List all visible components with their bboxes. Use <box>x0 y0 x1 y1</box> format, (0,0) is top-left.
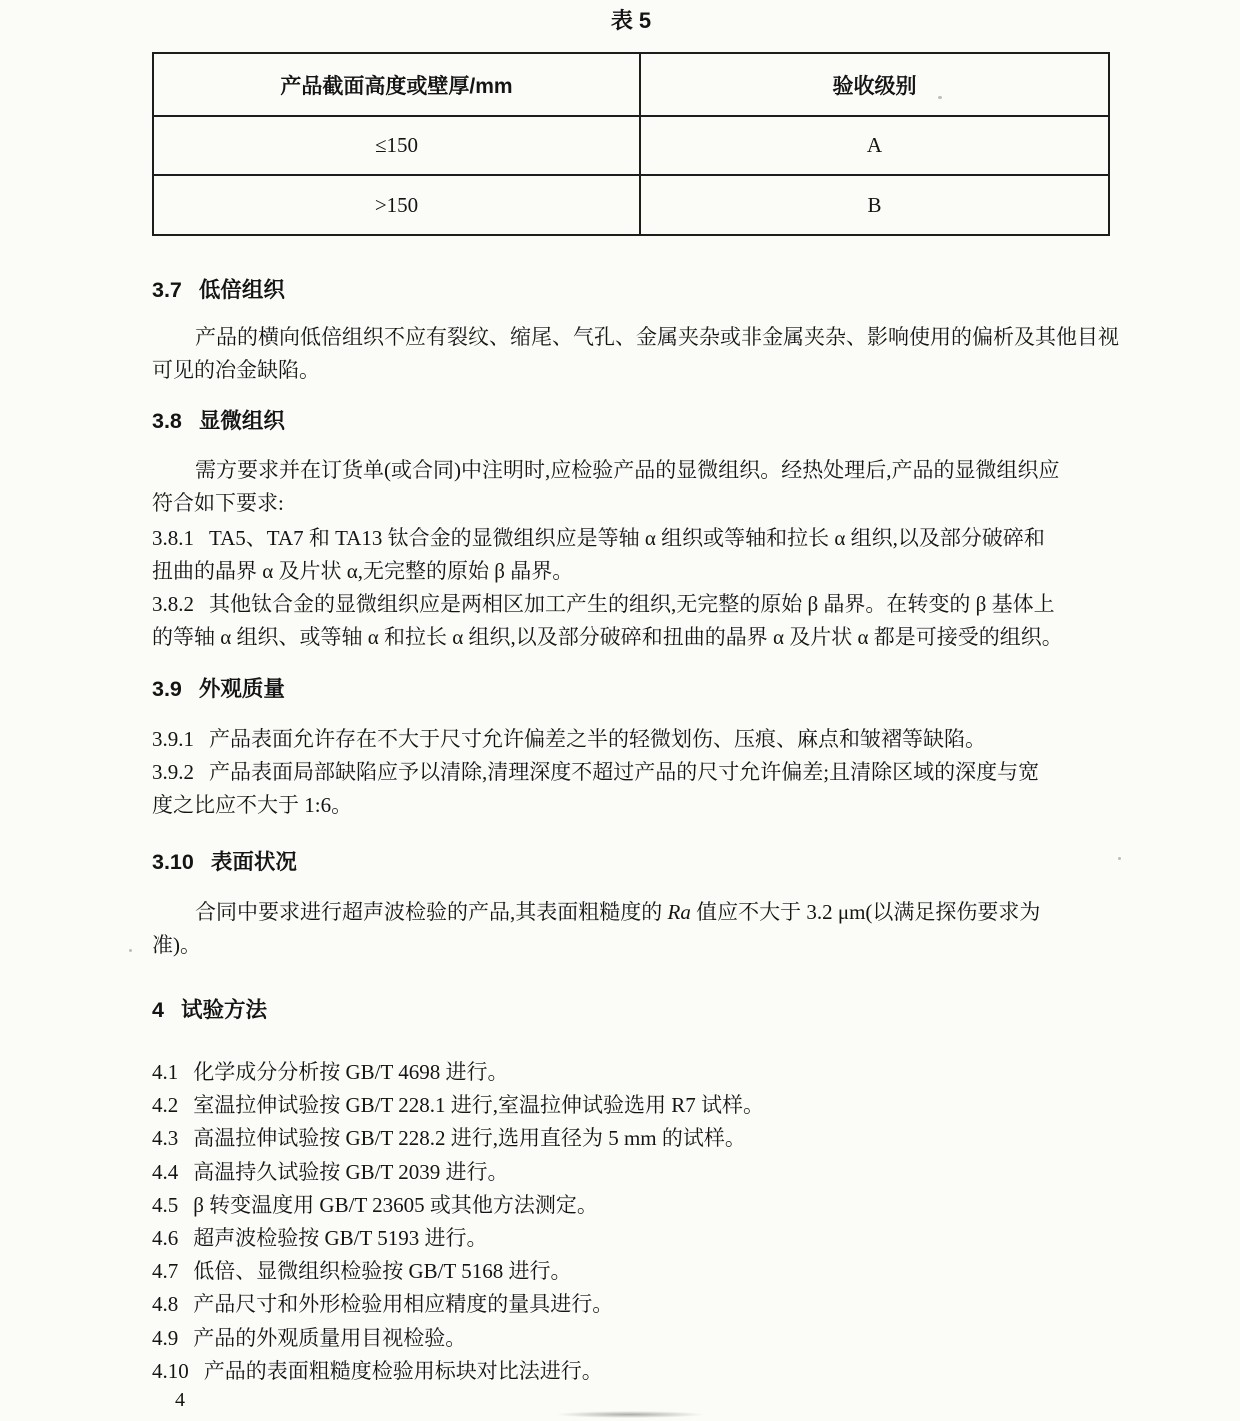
paragraph-3-9-1: 3.9.1产品表面允许存在不大于尺寸允许偏差之半的轻微划伤、压痕、麻点和皱褶等缺… <box>152 723 1122 756</box>
clause-number: 4.3 <box>152 1126 178 1150</box>
clause-number: 3.9.1 <box>152 727 194 751</box>
table-cell-height-1: ≤150 <box>153 116 640 175</box>
clause-number: 4.2 <box>152 1093 178 1117</box>
document-page: 表 5 产品截面高度或壁厚/mm 验收级别 ≤150 A >150 B 3.7低… <box>0 0 1240 1421</box>
paragraph-3-7: 产品的横向低倍组织不应有裂纹、缩尾、气孔、金属夹杂或非金属夹杂、影响使用的偏析及… <box>152 321 1122 387</box>
section-number: 4 <box>152 998 164 1022</box>
section-number: 3.10 <box>152 850 194 874</box>
paragraph-line: 符合如下要求: <box>152 487 1122 520</box>
section-heading-3-7: 3.7低倍组织 <box>152 274 1122 307</box>
clause-number: 3.8.1 <box>152 526 194 550</box>
section-title: 低倍组织 <box>199 278 285 302</box>
clause-number: 4.4 <box>152 1160 178 1184</box>
paragraph-line: 可见的冶金缺陷。 <box>152 354 1122 387</box>
paragraph-line: 3.8.1TA5、TA7 和 TA13 钛合金的显微组织应是等轴 α 组织或等轴… <box>152 522 1122 555</box>
table-cell-height-2: >150 <box>153 175 640 235</box>
list-item: 4.1化学成分分析按 GB/T 4698 进行。 <box>152 1056 1122 1089</box>
scan-artifact <box>1118 857 1121 860</box>
section-number: 3.8 <box>152 409 182 433</box>
table-cell-grade-2: B <box>640 175 1109 235</box>
table-row: ≤150 A <box>153 116 1109 175</box>
section-title: 显微组织 <box>199 409 285 433</box>
table-cell-grade-1: A <box>640 116 1109 175</box>
list-item: 4.5β 转变温度用 GB/T 23605 或其他方法测定。 <box>152 1189 1122 1222</box>
paragraph-line: 度之比应不大于 1:6。 <box>152 789 1122 822</box>
table-row: >150 B <box>153 175 1109 235</box>
clause-number: 4.1 <box>152 1060 178 1084</box>
list-item: 4.3高温拉伸试验按 GB/T 228.2 进行,选用直径为 5 mm 的试样。 <box>152 1122 1122 1155</box>
clause-number: 4.8 <box>152 1292 178 1316</box>
paragraph-line: 扭曲的晶界 α 及片状 α,无完整的原始 β 晶界。 <box>152 555 1122 588</box>
clause-number: 4.10 <box>152 1359 189 1383</box>
scan-artifact <box>129 949 132 952</box>
test-method-list: 4.1化学成分分析按 GB/T 4698 进行。 4.2室温拉伸试验按 GB/T… <box>152 1056 1122 1388</box>
table-header-row: 产品截面高度或壁厚/mm 验收级别 <box>153 53 1109 116</box>
section-title: 表面状况 <box>211 850 297 874</box>
paragraph-3-9-2: 3.9.2产品表面局部缺陷应予以清除,清理深度不超过产品的尺寸允许偏差;且清除区… <box>152 756 1122 822</box>
paragraph-line: 3.9.2产品表面局部缺陷应予以清除,清理深度不超过产品的尺寸允许偏差;且清除区… <box>152 756 1122 789</box>
table-header-section-height: 产品截面高度或壁厚/mm <box>153 53 640 116</box>
list-item: 4.7低倍、显微组织检验按 GB/T 5168 进行。 <box>152 1255 1122 1288</box>
page-number: 4 <box>175 1384 185 1417</box>
acceptance-grade-table: 产品截面高度或壁厚/mm 验收级别 ≤150 A >150 B <box>152 52 1110 236</box>
list-item: 4.2室温拉伸试验按 GB/T 228.1 进行,室温拉伸试验选用 R7 试样。 <box>152 1089 1122 1122</box>
clause-number: 3.8.2 <box>152 592 194 616</box>
paragraph-line: 3.9.1产品表面允许存在不大于尺寸允许偏差之半的轻微划伤、压痕、麻点和皱褶等缺… <box>152 723 1122 756</box>
scan-artifact <box>938 96 942 99</box>
table-caption: 表 5 <box>152 4 1110 37</box>
clause-number: 4.6 <box>152 1226 178 1250</box>
list-item: 4.4高温持久试验按 GB/T 2039 进行。 <box>152 1156 1122 1189</box>
clause-number: 4.7 <box>152 1259 178 1283</box>
paragraph-3-10: 合同中要求进行超声波检验的产品,其表面粗糙度的 Ra 值应不大于 3.2 μm(… <box>152 896 1122 962</box>
section-heading-3-10: 3.10表面状况 <box>152 846 1122 879</box>
paragraph-3-8-1: 3.8.1TA5、TA7 和 TA13 钛合金的显微组织应是等轴 α 组织或等轴… <box>152 522 1122 588</box>
paragraph-line: 准)。 <box>152 929 1122 962</box>
paragraph-line: 需方要求并在订货单(或合同)中注明时,应检验产品的显微组织。经热处理后,产品的显… <box>152 454 1122 487</box>
list-item: 4.8产品尺寸和外形检验用相应精度的量具进行。 <box>152 1288 1122 1321</box>
paragraph-line: 合同中要求进行超声波检验的产品,其表面粗糙度的 Ra 值应不大于 3.2 μm(… <box>152 896 1122 929</box>
section-heading-4: 4试验方法 <box>152 994 1122 1027</box>
clause-number: 3.9.2 <box>152 760 194 784</box>
list-item: 4.6超声波检验按 GB/T 5193 进行。 <box>152 1222 1122 1255</box>
paragraph-line: 产品的横向低倍组织不应有裂纹、缩尾、气孔、金属夹杂或非金属夹杂、影响使用的偏析及… <box>152 321 1122 354</box>
section-heading-3-9: 3.9外观质量 <box>152 673 1122 706</box>
section-number: 3.7 <box>152 278 182 302</box>
paragraph-3-8-2: 3.8.2其他钛合金的显微组织应是两相区加工产生的组织,无完整的原始 β 晶界。… <box>152 588 1122 654</box>
section-title: 试验方法 <box>181 998 267 1022</box>
clause-number: 4.9 <box>152 1326 178 1350</box>
paragraph-line: 3.8.2其他钛合金的显微组织应是两相区加工产生的组织,无完整的原始 β 晶界。… <box>152 588 1122 621</box>
clause-number: 4.5 <box>152 1193 178 1217</box>
list-item: 4.10产品的表面粗糙度检验用标块对比法进行。 <box>152 1355 1122 1388</box>
section-heading-3-8: 3.8显微组织 <box>152 405 1122 438</box>
scan-artifact <box>555 1411 705 1418</box>
table-header-acceptance-grade: 验收级别 <box>640 53 1109 116</box>
section-number: 3.9 <box>152 677 182 701</box>
paragraph-3-8: 需方要求并在订货单(或合同)中注明时,应检验产品的显微组织。经热处理后,产品的显… <box>152 454 1122 520</box>
ra-symbol: Ra <box>668 900 691 924</box>
list-item: 4.9产品的外观质量用目视检验。 <box>152 1322 1122 1355</box>
section-title: 外观质量 <box>199 677 285 701</box>
paragraph-line: 的等轴 α 组织、或等轴 α 和拉长 α 组织,以及部分破碎和扭曲的晶界 α 及… <box>152 621 1122 654</box>
